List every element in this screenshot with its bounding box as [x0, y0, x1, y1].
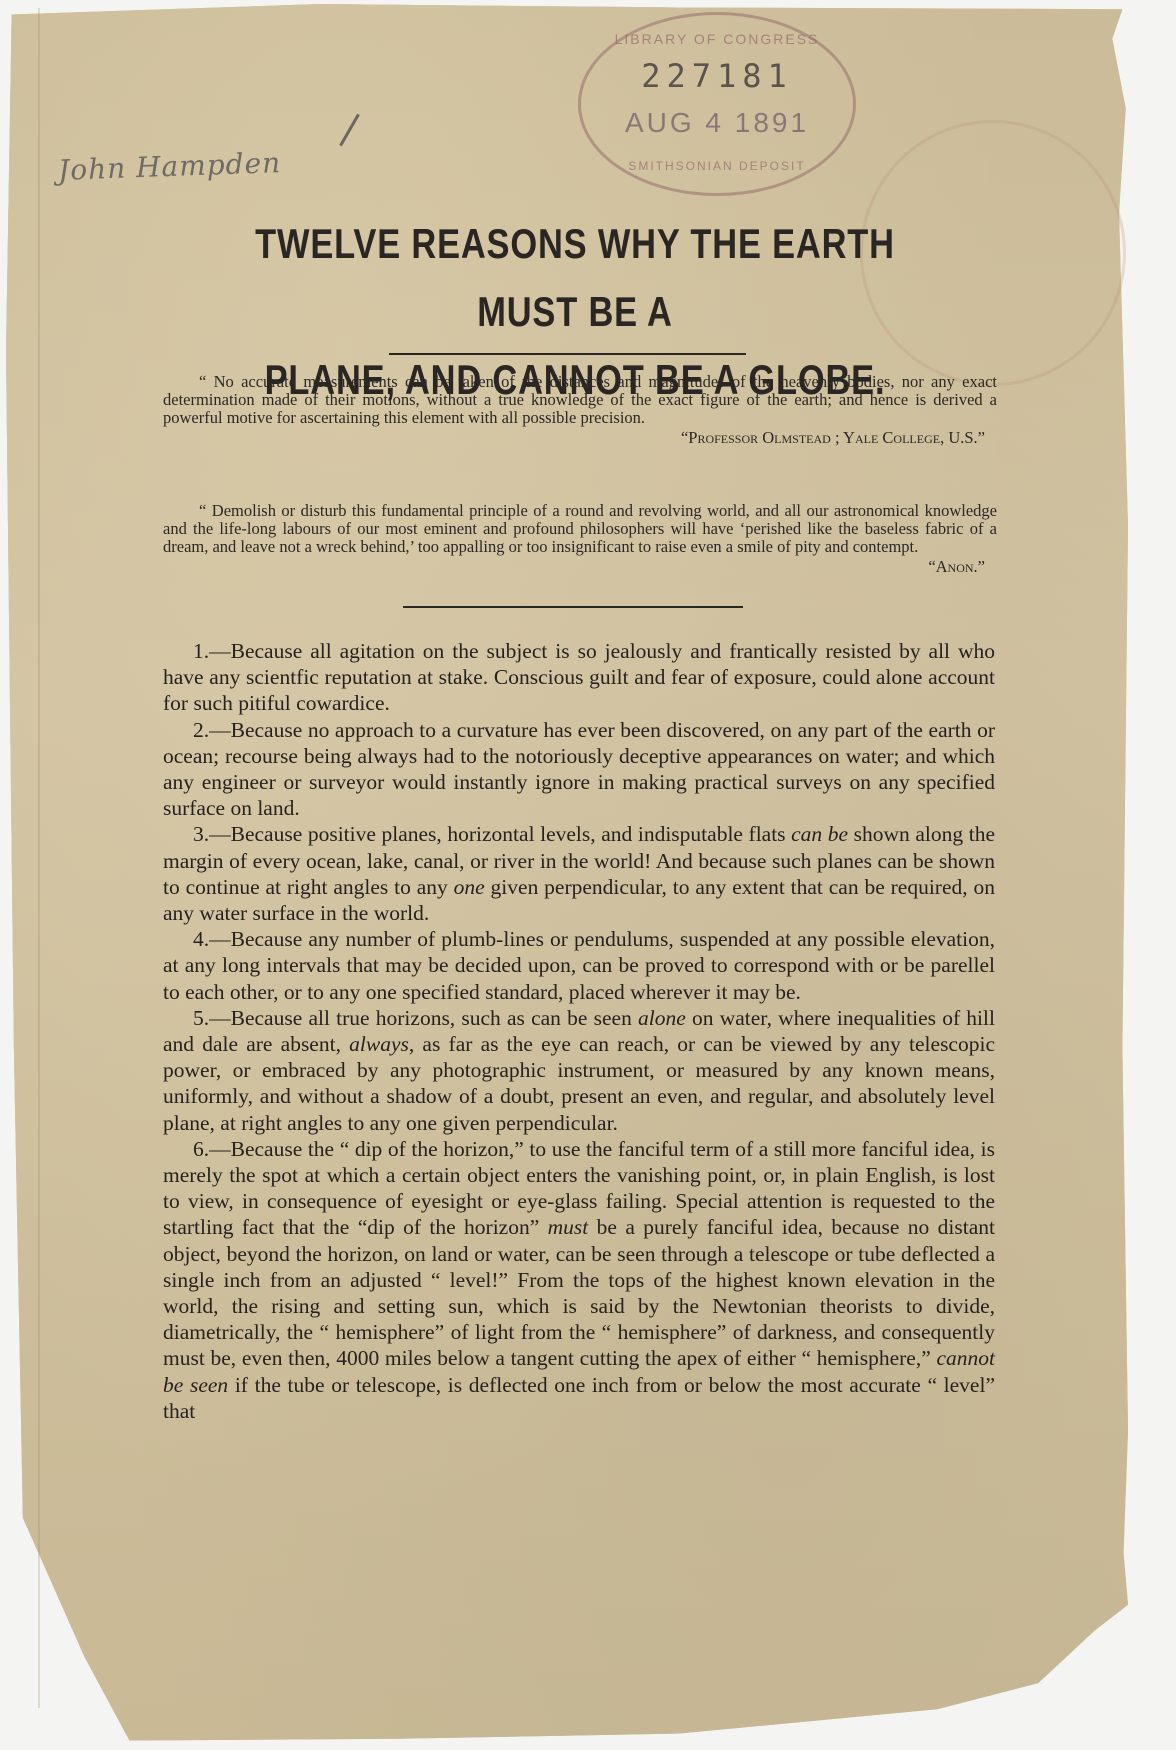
- reason-text: —Because no approach to a curvature has …: [163, 718, 995, 821]
- reason-number: 5.: [193, 1006, 209, 1030]
- title-line-1: TWELVE REASONS WHY THE EARTH MUST BE A: [218, 210, 931, 346]
- stamp-institution: LIBRARY OF CONGRESS: [581, 31, 853, 47]
- reason-5: 5.—Because all true horizons, such as ca…: [163, 1005, 995, 1136]
- reason-text: if the tube or telescope, is deflected o…: [163, 1373, 995, 1423]
- epigraph-attribution: “Professor Olmstead ; Yale College, U.S.…: [163, 429, 997, 447]
- epigraph-attribution: “Anon.”: [163, 558, 997, 576]
- reason-text: —Because positive planes, horizontal lev…: [209, 822, 791, 846]
- reason-emphasis: can be: [791, 822, 848, 846]
- reasons-list: 1.—Because all agitation on the subject …: [163, 638, 995, 1424]
- epigraph-anon: “ Demolish or disturb this fundamental p…: [163, 502, 997, 576]
- divider-rule-bottom: [403, 606, 743, 608]
- reason-text: —Because all true horizons, such as can …: [209, 1006, 638, 1030]
- reason-text: —Because any number of plumb-lines or pe…: [163, 927, 995, 1003]
- epigraph-text: “ No accurate measurements can be taken …: [163, 373, 997, 427]
- stamp-number: 227181: [581, 57, 853, 95]
- reason-emphasis: alone: [638, 1006, 686, 1030]
- reason-6: 6.—Because the “ dip of the horizon,” to…: [163, 1136, 995, 1424]
- reason-number: 3.: [193, 822, 209, 846]
- reason-2: 2.—Because no approach to a curvature ha…: [163, 717, 995, 822]
- epigraph-text: “ Demolish or disturb this fundamental p…: [163, 502, 997, 556]
- reason-1: 1.—Because all agitation on the subject …: [163, 638, 995, 717]
- reason-number: 1.: [193, 639, 209, 663]
- divider-rule-top: [389, 353, 746, 355]
- stamp-date: AUG 4 1891: [581, 107, 853, 139]
- reason-text: —Because all agitation on the subject is…: [163, 639, 995, 715]
- reason-number: 2.: [193, 718, 209, 742]
- stamp-subtext: SMITHSONIAN DEPOSIT: [581, 159, 853, 173]
- reason-emphasis: always: [349, 1032, 409, 1056]
- paper-fold-line: [38, 8, 40, 1708]
- epigraph-olmstead: “ No accurate measurements can be taken …: [163, 373, 997, 447]
- reason-number: 4.: [193, 927, 209, 951]
- reason-number: 6.: [193, 1137, 209, 1161]
- reason-emphasis: must: [548, 1215, 589, 1239]
- library-stamp: LIBRARY OF CONGRESS 227181 AUG 4 1891 SM…: [578, 12, 856, 196]
- reason-emphasis: one: [454, 875, 485, 899]
- reason-4: 4.—Because any number of plumb-lines or …: [163, 926, 995, 1005]
- reason-3: 3.—Because positive planes, horizontal l…: [163, 821, 995, 926]
